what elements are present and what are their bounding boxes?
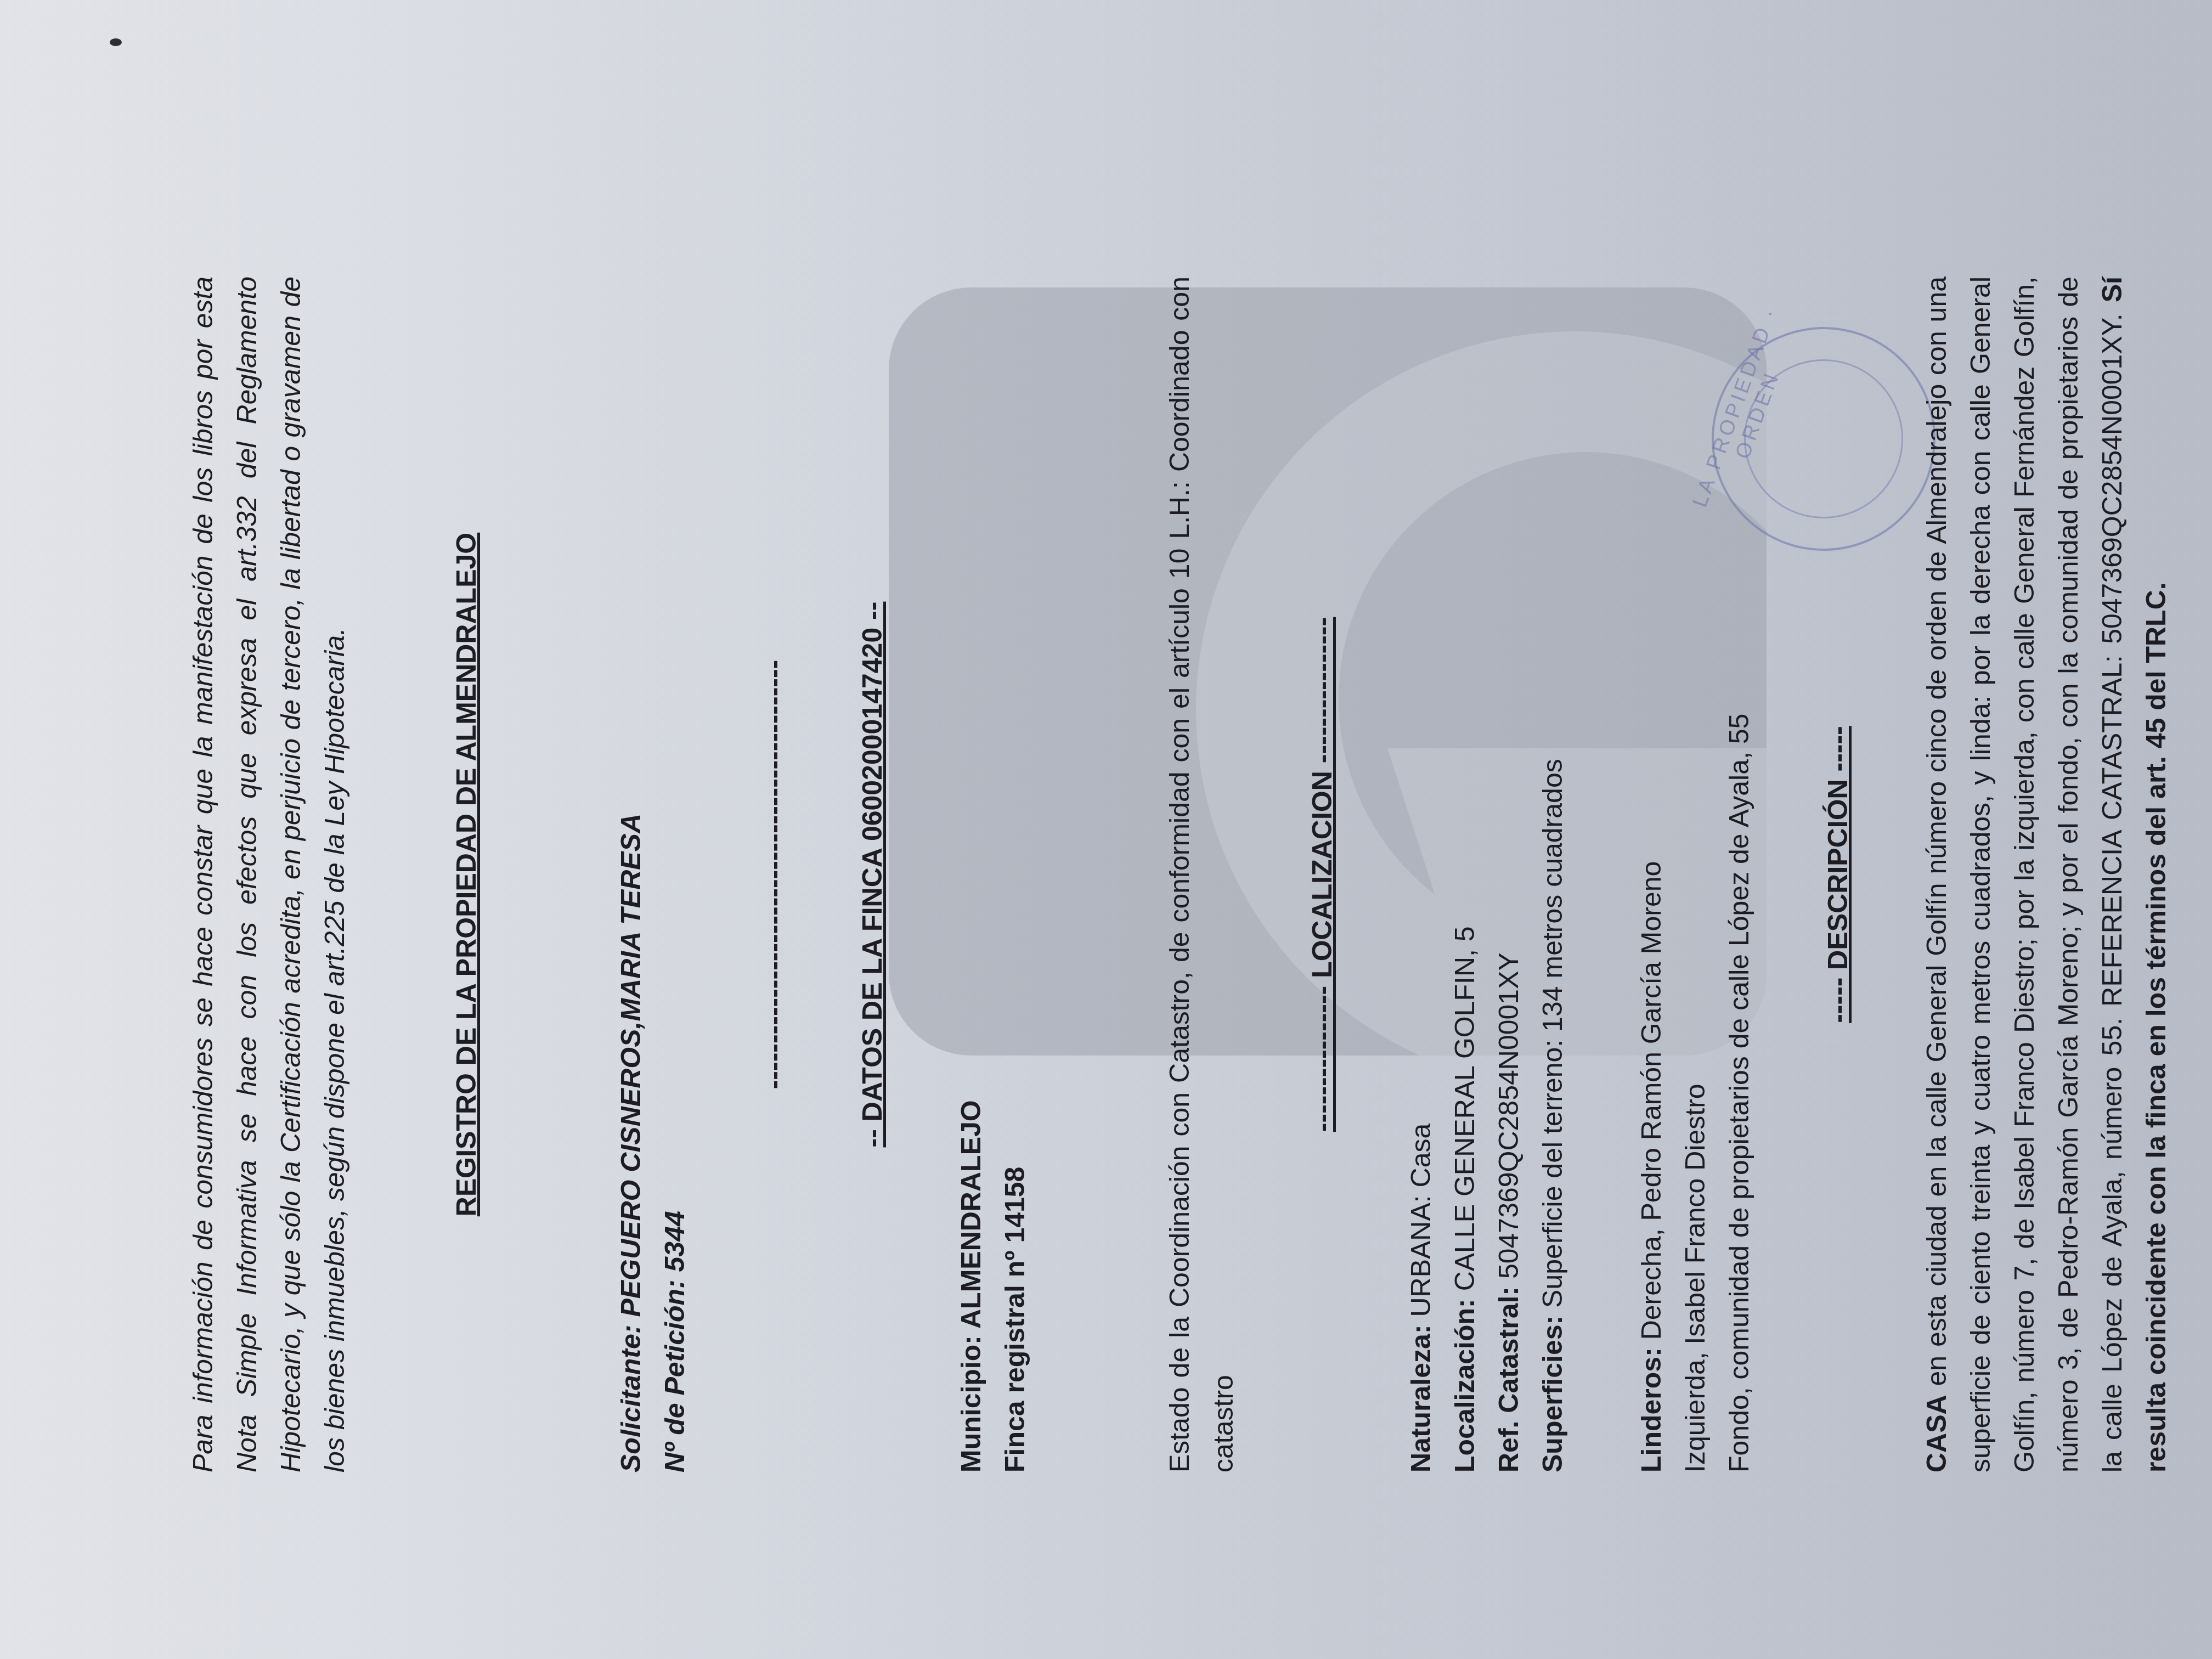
linderos-derecha: Derecha, Pedro Ramón García Moreno [1636,861,1667,1340]
municipio-label: Municipio: [956,1335,986,1472]
peticion-value: 5344 [659,1211,690,1272]
document-body: Para información de consumidores se hace… [181,276,2178,1472]
descripcion-lead: CASA [1921,1395,1952,1472]
coordinacion-catastro: Estado de la Coordinación con Catastro, … [1158,276,1245,1472]
municipio-value: ALMENDRALEJO [956,1100,986,1329]
solicitante-value: PEGUERO CISNEROS,MARIA TERESA [616,814,646,1317]
linderos-label: Linderos: [1636,1347,1667,1472]
linderos-derecha-line: Linderos: Derecha, Pedro Ramón García Mo… [1629,276,1673,1472]
separator-line: ----------------------------------------… [752,276,795,1472]
localizacion-label: Localización: [1449,1299,1480,1472]
ref-catastral-value: 5047369QC2854N0001XY [1493,952,1524,1279]
datos-finca-heading: -- DATOS DE LA FINCA 06002000147420 -- [850,276,894,1472]
peticion-line: Nº de Petición: 5344 [653,276,697,1472]
naturaleza-label: Naturaleza: [1406,1324,1436,1472]
naturaleza-line: Naturaleza: URBANA: Casa [1399,276,1443,1472]
paper-speck [110,38,122,46]
linderos-fondo: Fondo, comunidad de propietarios de call… [1717,276,1761,1472]
superficies-value: Superficie del terreno: 134 metros cuadr… [1537,759,1568,1308]
descripcion-body: en esta ciudad en la calle General Golfí… [1921,276,2128,1472]
solicitante-line: Solicitante: PEGUERO CISNEROS,MARIA TERE… [609,276,653,1472]
solicitante-label: Solicitante: [616,1325,646,1472]
descripcion-paragraph: CASA en esta ciudad en la calle General … [1915,276,2178,1472]
ref-catastral-label: Ref. Catastral: [1493,1286,1524,1472]
localizacion-heading: ---------------- LOCALIZACION ----------… [1300,276,1344,1472]
consumer-notice: Para información de consumidores se hace… [181,276,357,1472]
localizacion-line: Localización: CALLE GENERAL GOLFIN, 5 [1443,276,1487,1472]
linderos-izquierda: Izquierda, Isabel Franco Diestro [1673,276,1717,1472]
ref-catastral-line: Ref. Catastral: 5047369QC2854N0001XY [1487,276,1531,1472]
superficies-line: Superficies: Superficie del terreno: 134… [1531,276,1575,1472]
superficies-label: Superficies: [1537,1316,1568,1472]
peticion-label: Nº de Petición: [659,1279,690,1472]
finca-registral: Finca registral nº 14158 [993,276,1037,1472]
naturaleza-value: URBANA: Casa [1406,1124,1436,1317]
municipio-line: Municipio: ALMENDRALEJO [949,276,993,1472]
registry-title: REGISTRO DE LA PROPIEDAD DE ALMENDRALEJO [444,276,488,1472]
document-page: LA PROPIEDAD · ORDEN Para información de… [0,0,2212,1659]
descripcion-heading: ----- DESCRIPCIÓN ----- [1816,276,1860,1472]
localizacion-value: CALLE GENERAL GOLFIN, 5 [1449,926,1480,1291]
